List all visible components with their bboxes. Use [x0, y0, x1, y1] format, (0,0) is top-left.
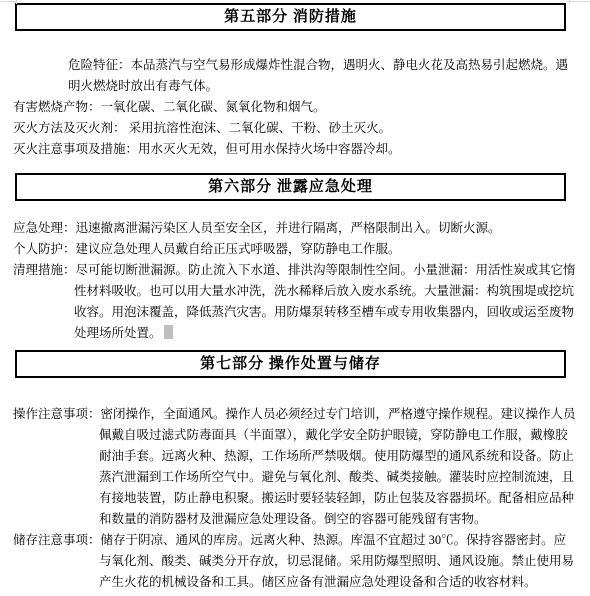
table-grid-artifact-right [567, 1, 590, 2]
section-5-header-box: 第五部分 消防措施 [15, 3, 566, 31]
paragraph-harmful-combustion-products: 有害燃烧产物：一氧化碳、二氧化碳、氮氧化物和烟气。 [13, 97, 576, 118]
section-5-body: 危险特征：本品蒸汽与空气易形成爆炸性混合物，遇明火、静电火花及高热易引起燃烧。遇… [13, 55, 576, 160]
paragraph-emergency-response: 应急处理：迅速撤离泄漏污染区人员至安全区，并进行隔离，严格限制出入。切断火源。 [13, 218, 576, 239]
paragraph-handling-precautions: 操作注意事项：密闭操作，全面通风。操作人员必须经过专门培训，严格遵守操作规程。建… [13, 404, 576, 530]
cleanup-measures-text: 清理措施：尽可能切断泄漏源。防止流入下水道、排洪沟等限制性空间。小量泄漏：用活性… [13, 263, 576, 340]
section-6-header-box: 第六部分 泄露应急处理 [15, 173, 566, 201]
paragraph-storage-precautions: 储存注意事项：储存于阴凉、通风的库房。远离火种、热源。库温不宜超过 30℃。保持… [13, 530, 576, 593]
table-grid-tick-left [16, 0, 17, 4]
paragraph-extinguishing-methods: 灭火方法及灭火剂： 采用抗溶性泡沫、二氧化碳、干粉、砂土灭火。 [13, 118, 576, 139]
table-grid-tick-right [569, 0, 570, 4]
paragraph-personal-protection: 个人防护：建议应急处理人员戴自给正压式呼吸器，穿防静电工作服。 [13, 239, 576, 260]
section-7-body: 操作注意事项：密闭操作，全面通风。操作人员必须经过专门培训，严格遵守操作规程。建… [13, 404, 576, 593]
table-grid-artifact-left [0, 1, 17, 2]
section-5-title: 第五部分 消防措施 [224, 7, 357, 28]
section-6-body: 应急处理：迅速撤离泄漏污染区人员至安全区，并进行隔离，严格限制出入。切断火源。 … [13, 218, 576, 344]
text-selection-block [164, 325, 173, 339]
paragraph-cleanup-measures: 清理措施：尽可能切断泄漏源。防止流入下水道、排洪沟等限制性空间。小量泄漏：用活性… [13, 260, 576, 344]
section-7-header-box: 第七部分 操作处置与储存 [15, 350, 566, 378]
paragraph-extinguishing-precautions: 灭火注意事项及措施：用水灭火无效，但可用水保持火场中容器冷却。 [13, 139, 576, 160]
paragraph-hazard-characteristics: 危险特征：本品蒸汽与空气易形成爆炸性混合物，遇明火、静电火花及高热易引起燃烧。遇… [13, 55, 576, 97]
section-6-title: 第六部分 泄露应急处理 [208, 177, 373, 198]
sds-document-page: 第五部分 消防措施 危险特征：本品蒸汽与空气易形成爆炸性混合物，遇明火、静电火花… [0, 0, 590, 596]
section-7-title: 第七部分 操作处置与储存 [200, 354, 381, 375]
